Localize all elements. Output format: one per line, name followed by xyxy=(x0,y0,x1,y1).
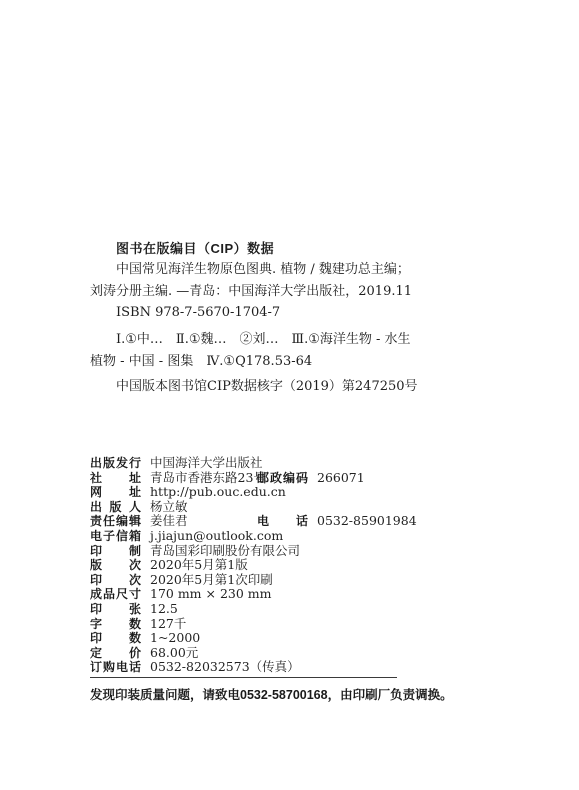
pub-row-website: 网 址http://pub.ouc.edu.cn xyxy=(90,485,550,500)
pub-value: 266071 xyxy=(317,470,365,485)
pub-label: 定 价 xyxy=(90,646,141,661)
pub-value: 姜佳君 xyxy=(150,513,188,528)
pub-row-editor: 责任编辑姜佳君 电 话0532-85901984 xyxy=(90,514,550,529)
pub-value: 12.5 xyxy=(150,601,178,616)
pub-value: 0532-85901984 xyxy=(317,513,417,528)
pub-value: 中国海洋大学出版社 xyxy=(150,455,263,470)
cip-title-line-1: 中国常见海洋生物原色图典. 植物 / 魏建功总主编； xyxy=(90,261,536,279)
pub-row-printer: 印 制青岛国彩印刷股份有限公司 xyxy=(90,544,550,559)
pub-label: 电 话 xyxy=(257,514,308,529)
pub-value: 杨立敏 xyxy=(150,499,188,514)
pub-label: 责任编辑 xyxy=(90,514,141,529)
pub-row-printrun: 印 数1~2000 xyxy=(90,631,550,646)
pub-label: 邮政编码 xyxy=(257,471,308,486)
pub-row-postcode: 邮政编码266071 xyxy=(257,471,365,486)
cip-record-number: 中国版本图书馆CIP数据核字（2019）第247250号 xyxy=(90,378,536,396)
pub-row-orderphone: 订购电话0532-82032573（传真） xyxy=(90,660,550,675)
pub-row-edition: 版 次2020年5月第1版 xyxy=(90,558,550,573)
pub-label: 印 制 xyxy=(90,544,141,559)
pub-value: 68.00元 xyxy=(150,645,198,660)
pub-label: 字 数 xyxy=(90,617,141,632)
pub-value: 170 mm × 230 mm xyxy=(150,586,272,601)
pub-value: 0532-82032573（传真） xyxy=(150,659,300,674)
pub-label: 出 版 人 xyxy=(90,500,141,515)
pub-label: 成品尺寸 xyxy=(90,587,141,602)
pub-row-price: 定 价68.00元 xyxy=(90,646,550,661)
divider-rule xyxy=(90,677,397,678)
pub-label: 印 次 xyxy=(90,573,141,588)
pub-row-address: 社 址青岛市香港东路23号 邮政编码266071 xyxy=(90,471,550,486)
pub-value: http://pub.ouc.edu.cn xyxy=(150,484,286,499)
cip-classification-line-1: Ⅰ.①中… Ⅱ.①魏… ②刘… Ⅲ.①海洋生物 - 水生 xyxy=(90,331,536,349)
pub-row-email: 电子信箱j.jiajun@outlook.com xyxy=(90,529,550,544)
pub-value: 2020年5月第1版 xyxy=(150,557,248,572)
pub-row-publisher-person: 出 版 人杨立敏 xyxy=(90,500,550,515)
pub-value: 青岛国彩印刷股份有限公司 xyxy=(150,543,300,558)
pub-label: 印 数 xyxy=(90,631,141,646)
print-quality-note: 发现印装质量问题，请致电0532-58700168，由印刷厂负责调换。 xyxy=(90,686,550,704)
isbn-line: ISBN 978-7-5670-1704-7 xyxy=(90,304,536,322)
pub-row-size: 成品尺寸170 mm × 230 mm xyxy=(90,587,550,602)
pub-row-wordcount: 字 数127千 xyxy=(90,617,550,632)
cip-title-line-2: 刘涛分册主编. —青岛：中国海洋大学出版社，2019.11 xyxy=(90,283,510,301)
pub-value: j.jiajun@outlook.com xyxy=(150,528,283,543)
cip-classification-line-2: 植物 - 中国 - 图集 Ⅳ.①Q178.53-64 xyxy=(90,353,510,371)
pub-value: 2020年5月第1次印刷 xyxy=(150,572,273,587)
pub-label: 社 址 xyxy=(90,471,141,486)
pub-row-publisher: 出版发行中国海洋大学出版社 xyxy=(90,456,550,471)
pub-label: 网 址 xyxy=(90,485,141,500)
pub-label: 印 张 xyxy=(90,602,141,617)
cip-section-header: 图书在版编目（CIP）数据 xyxy=(90,240,536,258)
pub-row-impression: 印 次2020年5月第1次印刷 xyxy=(90,573,550,588)
publication-info-table: 出版发行中国海洋大学出版社 社 址青岛市香港东路23号 邮政编码266071 网… xyxy=(90,456,550,675)
pub-value: 青岛市香港东路23号 xyxy=(150,470,266,485)
pub-label: 订购电话 xyxy=(90,660,141,675)
pub-label: 电子信箱 xyxy=(90,529,141,544)
pub-row-phone: 电 话0532-85901984 xyxy=(257,514,417,529)
pub-value: 127千 xyxy=(150,616,186,631)
pub-value: 1~2000 xyxy=(150,630,200,645)
pub-label: 出版发行 xyxy=(90,456,141,471)
copyright-page: 图书在版编目（CIP）数据 中国常见海洋生物原色图典. 植物 / 魏建功总主编；… xyxy=(0,0,579,790)
pub-row-sheets: 印 张12.5 xyxy=(90,602,550,617)
pub-label: 版 次 xyxy=(90,558,141,573)
